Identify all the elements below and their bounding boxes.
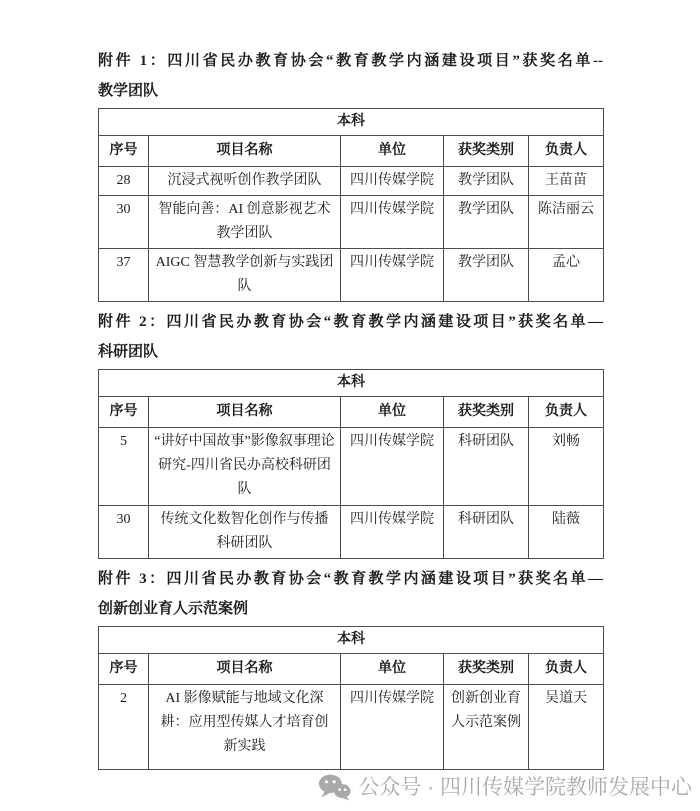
cell-leader: 陈洁丽云 xyxy=(529,196,604,249)
cell-award-category: 教学团队 xyxy=(444,196,529,249)
award-table-2: 本科 序号 项目名称 单位 获奖类别 负责人 5 “讲好中国故事”影像叙事理论研… xyxy=(98,369,604,559)
attachment-section-3: 附件 3：四川省民办教育协会“教育教学内涵建设项目”获奖名单— 创新创业育人示范… xyxy=(98,564,603,770)
cell-award-category: 教学团队 xyxy=(444,167,529,196)
table-row: 37 AIGC 智慧教学创新与实践团队 四川传媒学院 教学团队 孟心 xyxy=(99,249,604,302)
col-header-index: 序号 xyxy=(99,397,149,428)
col-header-award-category: 获奖类别 xyxy=(444,654,529,685)
col-header-unit: 单位 xyxy=(341,397,444,428)
cell-project-name: “讲好中国故事”影像叙事理论研究-四川省民办高校科研团队 xyxy=(149,428,341,506)
table-row: 序号 项目名称 单位 获奖类别 负责人 xyxy=(99,136,604,167)
attachment-1-heading-line-2: 教学团队 xyxy=(98,76,603,106)
award-table-3: 本科 序号 项目名称 单位 获奖类别 负责人 2 AI 影像赋能与地域文化深耕：… xyxy=(98,626,604,770)
cell-project-name: AIGC 智慧教学创新与实践团队 xyxy=(149,249,341,302)
col-header-index: 序号 xyxy=(99,136,149,167)
cell-leader: 陆薇 xyxy=(529,506,604,559)
cell-unit: 四川传媒学院 xyxy=(341,428,444,506)
col-header-unit: 单位 xyxy=(341,136,444,167)
cell-unit: 四川传媒学院 xyxy=(341,196,444,249)
col-header-index: 序号 xyxy=(99,654,149,685)
cell-project-name: 智能向善：AI 创意影视艺术教学团队 xyxy=(149,196,341,249)
table-row: 30 传统文化数智化创作与传播科研团队 四川传媒学院 科研团队 陆薇 xyxy=(99,506,604,559)
table-3-level-header: 本科 xyxy=(99,627,604,654)
cell-leader: 刘畅 xyxy=(529,428,604,506)
table-row: 2 AI 影像赋能与地域文化深耕：应用型传媒人才培育创新实践 四川传媒学院 创新… xyxy=(99,685,604,770)
attachment-3-heading: 附件 3：四川省民办教育协会“教育教学内涵建设项目”获奖名单— 创新创业育人示范… xyxy=(98,564,603,624)
table-1-level-header: 本科 xyxy=(99,109,604,136)
cell-leader: 吴道天 xyxy=(529,685,604,770)
cell-award-category: 创新创业育人示范案例 xyxy=(444,685,529,770)
col-header-leader: 负责人 xyxy=(529,136,604,167)
cell-index: 30 xyxy=(99,196,149,249)
cell-index: 2 xyxy=(99,685,149,770)
cell-leader: 王苗苗 xyxy=(529,167,604,196)
cell-index: 37 xyxy=(99,249,149,302)
table-2-level-header: 本科 xyxy=(99,370,604,397)
cell-unit: 四川传媒学院 xyxy=(341,506,444,559)
cell-index: 30 xyxy=(99,506,149,559)
cell-award-category: 科研团队 xyxy=(444,506,529,559)
col-header-award-category: 获奖类别 xyxy=(444,397,529,428)
document-page: 附件 1：四川省民办教育协会“教育教学内涵建设项目”获奖名单-- 教学团队 本科… xyxy=(0,0,700,770)
award-table-1: 本科 序号 项目名称 单位 获奖类别 负责人 28 沉浸式视听创作教学团队 四川… xyxy=(98,108,604,302)
table-row: 本科 xyxy=(99,627,604,654)
col-header-project-name: 项目名称 xyxy=(149,654,341,685)
watermark-label: 公众号 · 四川传媒学院教师发展中心 xyxy=(358,777,692,798)
table-row: 序号 项目名称 单位 获奖类别 负责人 xyxy=(99,654,604,685)
wechat-icon xyxy=(318,773,351,801)
col-header-project-name: 项目名称 xyxy=(149,397,341,428)
col-header-award-category: 获奖类别 xyxy=(444,136,529,167)
cell-index: 5 xyxy=(99,428,149,506)
attachment-section-2: 附件 2：四川省民办教育协会“教育教学内涵建设项目”获奖名单— 科研团队 本科 … xyxy=(98,307,603,559)
cell-leader: 孟心 xyxy=(529,249,604,302)
col-header-leader: 负责人 xyxy=(529,397,604,428)
attachment-2-heading-line-2: 科研团队 xyxy=(98,337,603,367)
table-row: 本科 xyxy=(99,370,604,397)
table-row: 30 智能向善：AI 创意影视艺术教学团队 四川传媒学院 教学团队 陈洁丽云 xyxy=(99,196,604,249)
attachment-1-heading-line-1: 附件 1：四川省民办教育协会“教育教学内涵建设项目”获奖名单-- xyxy=(98,46,603,76)
cell-project-name: 沉浸式视听创作教学团队 xyxy=(149,167,341,196)
attachment-section-1: 附件 1：四川省民办教育协会“教育教学内涵建设项目”获奖名单-- 教学团队 本科… xyxy=(98,46,603,302)
cell-award-category: 科研团队 xyxy=(444,428,529,506)
table-row: 序号 项目名称 单位 获奖类别 负责人 xyxy=(99,397,604,428)
col-header-unit: 单位 xyxy=(341,654,444,685)
table-row: 本科 xyxy=(99,109,604,136)
cell-unit: 四川传媒学院 xyxy=(341,249,444,302)
cell-unit: 四川传媒学院 xyxy=(341,167,444,196)
cell-project-name: 传统文化数智化创作与传播科研团队 xyxy=(149,506,341,559)
cell-project-name: AI 影像赋能与地域文化深耕：应用型传媒人才培育创新实践 xyxy=(149,685,341,770)
table-row: 28 沉浸式视听创作教学团队 四川传媒学院 教学团队 王苗苗 xyxy=(99,167,604,196)
attachment-2-heading: 附件 2：四川省民办教育协会“教育教学内涵建设项目”获奖名单— 科研团队 xyxy=(98,307,603,367)
col-header-project-name: 项目名称 xyxy=(149,136,341,167)
attachment-3-heading-line-1: 附件 3：四川省民办教育协会“教育教学内涵建设项目”获奖名单— xyxy=(98,564,603,594)
col-header-leader: 负责人 xyxy=(529,654,604,685)
attachment-1-heading: 附件 1：四川省民办教育协会“教育教学内涵建设项目”获奖名单-- 教学团队 xyxy=(98,46,603,106)
watermark-footer: 公众号 · 四川传媒学院教师发展中心 xyxy=(318,773,692,801)
cell-award-category: 教学团队 xyxy=(444,249,529,302)
attachment-2-heading-line-1: 附件 2：四川省民办教育协会“教育教学内涵建设项目”获奖名单— xyxy=(98,307,603,337)
cell-index: 28 xyxy=(99,167,149,196)
attachment-3-heading-line-2: 创新创业育人示范案例 xyxy=(98,594,603,624)
table-row: 5 “讲好中国故事”影像叙事理论研究-四川省民办高校科研团队 四川传媒学院 科研… xyxy=(99,428,604,506)
cell-unit: 四川传媒学院 xyxy=(341,685,444,770)
